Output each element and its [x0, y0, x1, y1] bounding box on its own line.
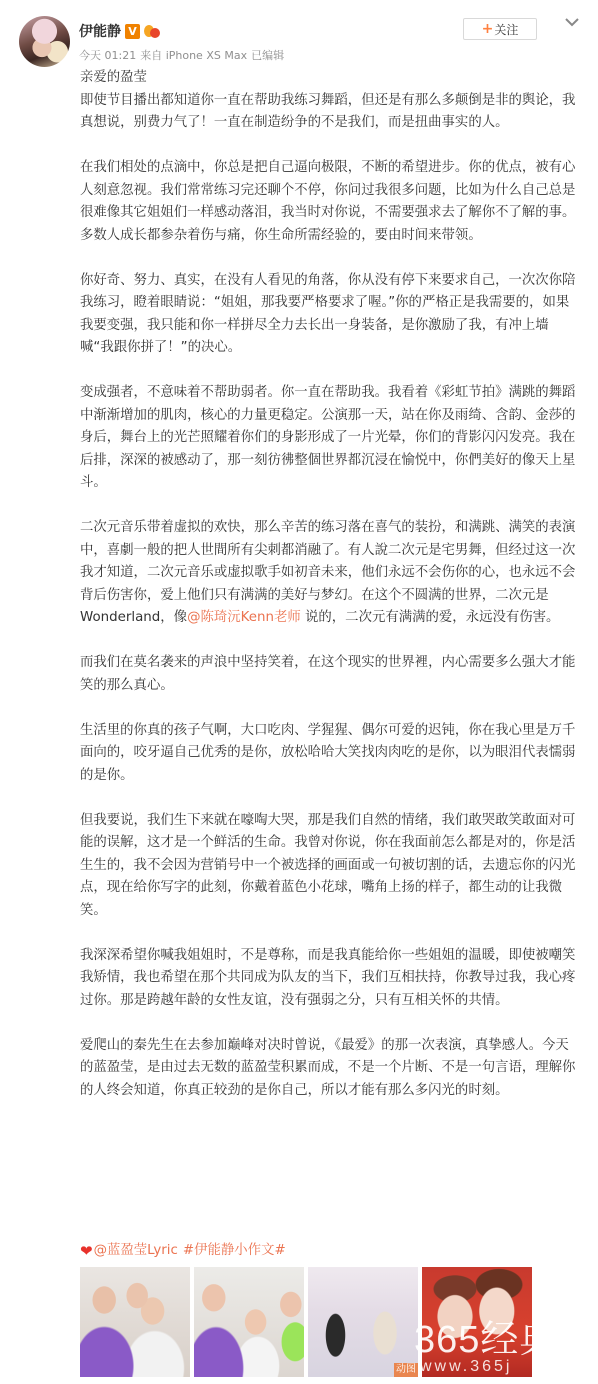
heart-icon: ❤ — [80, 1241, 93, 1261]
author-row: 伊能静 V — [79, 21, 160, 41]
paragraph: 二次元音乐带着虚拟的欢快，那么辛苦的练习落在喜气的装扮，和满跳、满笑的表演中，喜… — [80, 517, 580, 630]
image-grid: 动图 — [80, 1267, 532, 1377]
post-source: 来自 iPhone XS Max — [140, 47, 247, 63]
post-meta: 今天 01:21 来自 iPhone XS Max 已编辑 — [79, 47, 284, 63]
follow-button[interactable]: + 关注 — [463, 18, 537, 40]
timestamp-link[interactable]: 今天 01:21 — [79, 47, 136, 63]
image-thumbnail[interactable] — [422, 1267, 532, 1377]
gif-badge: 动图 — [394, 1363, 418, 1377]
gif-thumbnail[interactable]: 动图 — [308, 1267, 418, 1377]
edited-label[interactable]: 已编辑 — [251, 47, 284, 63]
plus-icon: + — [482, 22, 494, 36]
username-link[interactable]: 伊能静 — [79, 21, 121, 41]
mention-link[interactable]: @陈琦沅Kenn老师 — [187, 610, 301, 625]
paragraph: 变成强者，不意味着不帮助弱者。你一直在帮助我。我看着《彩虹节拍》满跳的舞蹈中渐渐… — [80, 382, 580, 495]
image-thumbnail[interactable] — [194, 1267, 304, 1377]
verified-badge-icon[interactable]: V — [125, 24, 140, 39]
chevron-down-icon[interactable] — [564, 15, 580, 29]
paragraph: 爱爬山的秦先生在去参加巅峰对决时曾说，《最爱》的那一次表演，真挚感人。今天的蓝盈… — [80, 1035, 580, 1103]
follow-label: 关注 — [494, 21, 518, 38]
mention-link[interactable]: @蓝盈莹Lyric — [94, 1241, 178, 1261]
hashtag-link[interactable]: #伊能静小作文# — [183, 1241, 286, 1261]
paragraph: 生活里的你真的孩子气啊，大口吃肉、学猩猩、偶尔可爱的迟钝，你在我心里是万千面向的… — [80, 720, 580, 788]
greeting: 亲爱的盈莹 — [80, 67, 580, 90]
paragraph: 而我们在莫名袭来的声浪中坚持笑着，在这个现实的世界裡，内心需要多么强大才能笑的那… — [80, 652, 580, 697]
paragraph: 你好奇、努力、真实，在没有人看见的角落，你从没有停下来要求自己，一次次你陪我练习… — [80, 270, 580, 360]
avatar[interactable] — [19, 16, 70, 67]
paragraph-text: 说的，二次元有满满的爱，永远没有伤害。 — [301, 610, 560, 625]
member-icon[interactable] — [144, 24, 160, 39]
paragraph: 在我们相处的点滴中，你总是把自己逼向极限，不断的希望进步。你的优点，被有心人刻意… — [80, 157, 580, 247]
post-body: 亲爱的盈莹 即使节目播出都知道你一直在帮助我练习舞蹈，但还是有那么多颠倒是非的舆… — [80, 67, 580, 1102]
weibo-post: 伊能静 V 今天 01:21 来自 iPhone XS Max 已编辑 + 关注… — [0, 0, 598, 1384]
paragraph: 但我要说，我们生下来就在嚎啕大哭，那是我们自然的情绪，我们敢哭敢笑敢面对可能的误… — [80, 810, 580, 923]
image-thumbnail[interactable] — [80, 1267, 190, 1377]
paragraph: 即使节目播出都知道你一直在帮助我练习舞蹈，但还是有那么多颠倒是非的舆论，我真想说… — [80, 90, 580, 135]
paragraph: 我深深希望你喊我姐姐时，不是尊称，而是我真能给你一些姐姐的温暖，即使被嘲笑我矫情… — [80, 945, 580, 1013]
tag-row: ❤ @蓝盈莹Lyric #伊能静小作文# — [80, 1241, 286, 1261]
